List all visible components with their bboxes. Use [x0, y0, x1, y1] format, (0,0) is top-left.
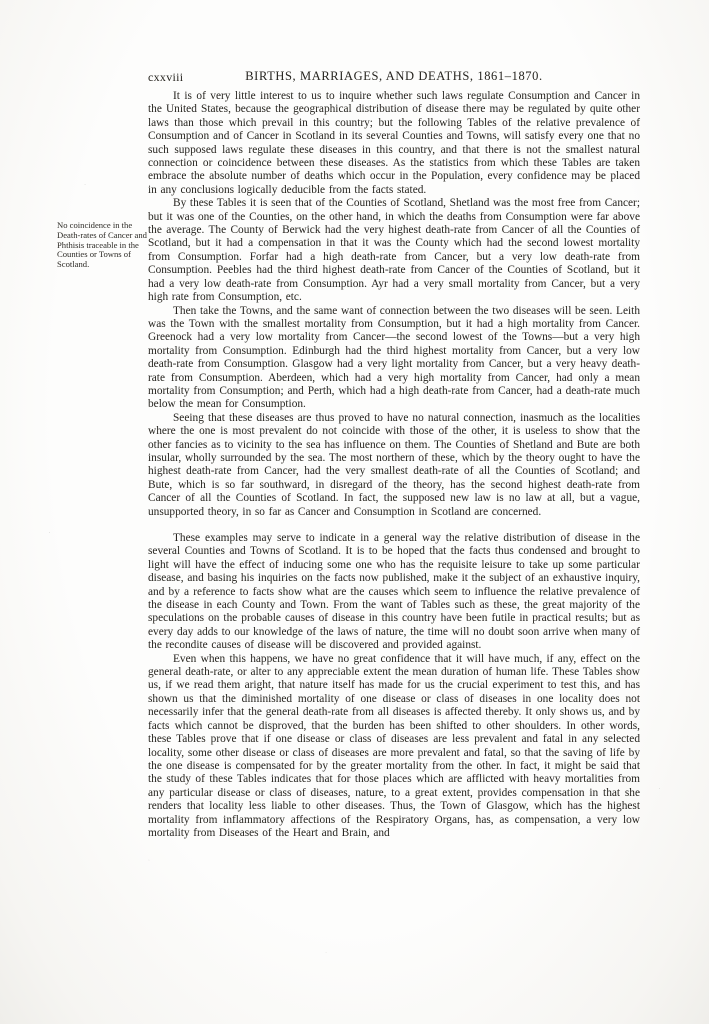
running-title: BIRTHS, MARRIAGES, AND DEATHS, 1861–1870… [148, 69, 640, 84]
folio-page-number: cxxviii [148, 70, 183, 85]
page-header: cxxviii BIRTHS, MARRIAGES, AND DEATHS, 1… [148, 69, 640, 85]
paragraph-examples-distribution: These examples may serve to indicate in … [148, 532, 640, 653]
paragraph-no-natural-connection: Seeing that these diseases are thus prov… [148, 412, 640, 519]
paragraph-laws-consumption-cancer: It is of very little interest to us to i… [148, 90, 640, 197]
margin-note: No coincidence in the Death-rates of Can… [57, 221, 150, 270]
paragraph-compensation-law: Even when this happens, we have no great… [148, 653, 640, 841]
paragraph-counties-comparison: By these Tables it is seen that of the C… [148, 197, 640, 304]
paragraph-towns-comparison: Then take the Towns, and the same want o… [148, 305, 640, 412]
main-text-block: It is of very little interest to us to i… [148, 90, 640, 840]
scanned-book-page: cxxviii BIRTHS, MARRIAGES, AND DEATHS, 1… [0, 0, 709, 1024]
